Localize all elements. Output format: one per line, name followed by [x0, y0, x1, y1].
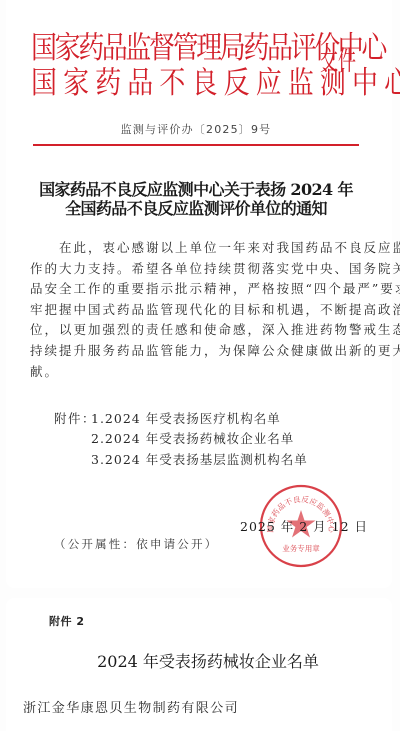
attachment-item-3: 3.2024 年受表扬基层监测机构名单: [91, 450, 308, 468]
masthead-suffix: 文件: [320, 40, 356, 79]
body-line: 献。: [30, 362, 370, 383]
issue-date: 2025 年 2 月 12 日: [240, 517, 368, 535]
company-list-item: 浙江金华康恩贝生物制药有限公司: [23, 697, 239, 716]
annex-label: 附件 2: [49, 613, 84, 629]
document-title-line-2: 全国药品不良反应监测评价单位的通知: [0, 196, 392, 219]
document-number: 监测与评价办〔2025〕9号: [0, 121, 392, 137]
body-line: 位，以更加强烈的责任感和使命感，深入推进药物警戒生态建设，: [30, 320, 370, 341]
document-viewer: 国家药品监督管理局药品评价中心 国家药品不良反应监测中心 文件 监测与评价办〔2…: [0, 0, 400, 731]
svg-text:业务专用章: 业务专用章: [282, 543, 320, 553]
body-line: 品安全工作的重要指示批示精神，严格按照“四个最严”要求，牢: [30, 279, 370, 300]
attachment-item-2: 2.2024 年受表扬药械妆企业名单: [91, 429, 294, 447]
attachment-item-1: 1.2024 年受表扬医疗机构名单: [91, 409, 281, 427]
body-paragraph: 在此，衷心感谢以上单位一年来对我国药品不良反应监测工 作的大力支持。希望各单位持…: [30, 238, 370, 382]
body-line: 作的大力支持。希望各单位持续贯彻落实党中央、国务院关于药: [30, 259, 370, 280]
body-line: 持续提升服务药品监管能力，为保障公众健康做出新的更大贡: [30, 341, 370, 362]
body-line: 在此，衷心感谢以上单位一年来对我国药品不良反应监测工: [30, 238, 370, 259]
red-divider: [33, 144, 359, 146]
public-attribute: （公开属性：依申请公开）: [54, 536, 218, 552]
body-line: 牢把握中国式药品监管现代化的目标和机遇，不断提高政治站: [30, 300, 370, 321]
annex-title: 2024 年受表扬药械妆企业名单: [0, 649, 400, 672]
attachments-label: 附件：: [54, 409, 96, 427]
